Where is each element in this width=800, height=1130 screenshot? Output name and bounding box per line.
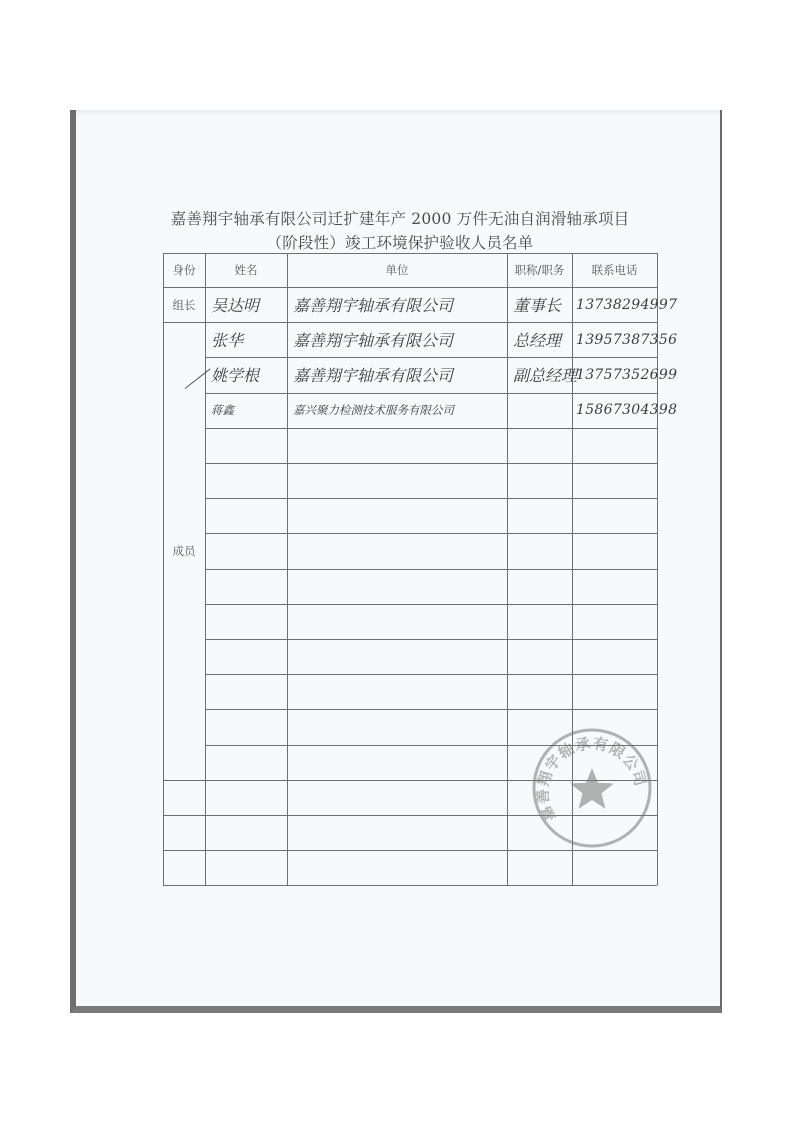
document-subtitle: （阶段性）竣工环境保护验收人员名单 xyxy=(0,231,800,253)
document-title: 嘉善翔宇轴承有限公司迁扩建年产 2000 万件无油自润滑轴承项目 xyxy=(0,207,800,229)
star-icon xyxy=(570,768,614,809)
company-seal: 嘉善翔宇轴承有限公司 xyxy=(530,726,654,850)
